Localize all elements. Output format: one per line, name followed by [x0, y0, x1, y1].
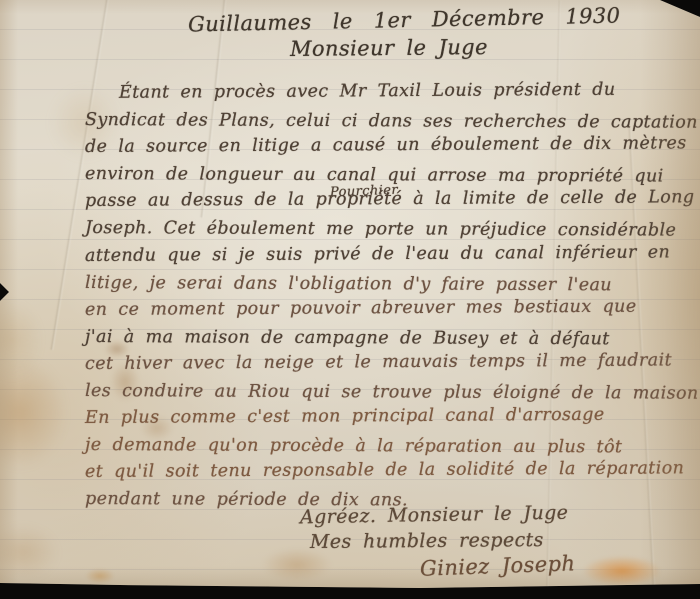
photographed-letter: Guillaumes le 1er Décembre 1930 Monsieur… [0, 0, 700, 599]
letter-body: Étant en procès avec Mr Taxil Louis prés… [85, 80, 685, 514]
letter-line: En plus comme c'est mon principal canal … [85, 401, 685, 432]
letter-line: attendu que si je suis privé de l'eau du… [85, 239, 685, 270]
stain [85, 568, 115, 584]
letter-line: Étant en procès avec Mr Taxil Louis prés… [85, 76, 685, 107]
letter-line: en ce moment pour pouvoir abreuver mes b… [85, 293, 685, 324]
letter-line: cet hiver avec la neige et le mauvais te… [85, 347, 685, 378]
letter-salutation: Monsieur le Juge [290, 35, 488, 61]
stain [262, 548, 332, 582]
letter-line: et qu'il soit tenu responsable de la sol… [85, 456, 685, 487]
stain-orange [583, 556, 661, 586]
letter-respects: Mes humbles respects [310, 529, 544, 553]
letter-line: de la source en litige a causé un éboule… [85, 131, 685, 162]
paper-sheet: Guillaumes le 1er Décembre 1930 Monsieur… [0, 0, 700, 592]
inserted-word-above-line: Pourchier [330, 183, 398, 200]
letter-closing: Agréez. Monsieur le Juge [300, 502, 569, 529]
